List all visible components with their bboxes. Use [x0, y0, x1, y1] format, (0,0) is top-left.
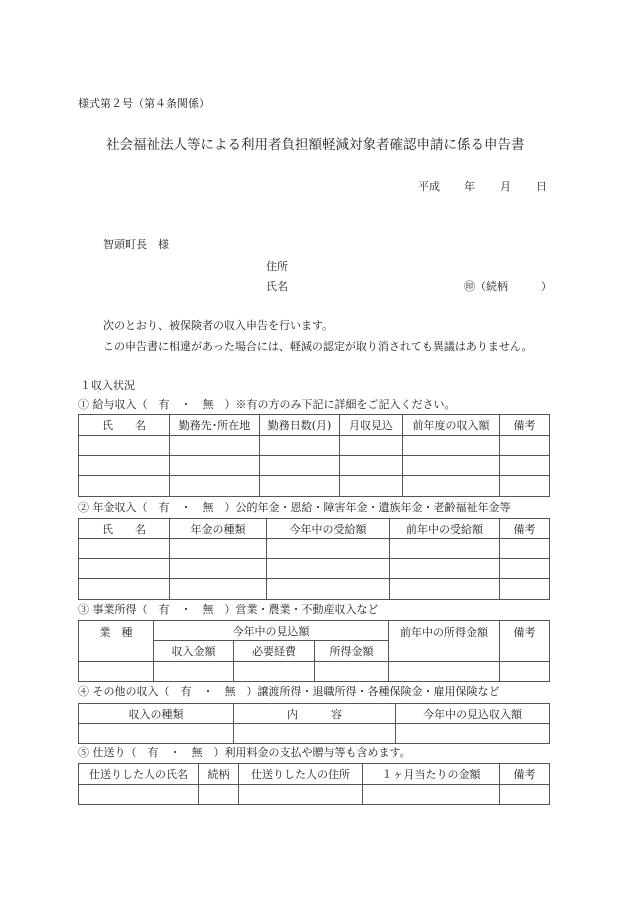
- header-estimated-income: 今年中の見込収入額: [396, 704, 550, 724]
- other-income-table: 収入の種類 内 容 今年中の見込収入額: [78, 703, 550, 744]
- cell[interactable]: [390, 539, 500, 559]
- remittance-table: 仕送りした人の氏名 続柄 仕送りした人の住所 １ヶ月当たりの金額 備考: [78, 763, 550, 805]
- table-row: [79, 579, 550, 600]
- table-row: [79, 476, 550, 497]
- name-label: 氏名: [266, 280, 288, 294]
- cell[interactable]: [267, 559, 390, 579]
- table-header-row: 氏 名 勤務先･所在地 勤務日数(月) 月収見込 前年度の収入額 備考: [79, 415, 550, 436]
- header-details: 内 容: [234, 704, 396, 724]
- other-income-heading: ④ その他の収入（ 有 ・ 無 ）譲渡所得・退職所得・各種保険金・雇用保険など: [78, 685, 500, 699]
- cell[interactable]: [267, 539, 390, 559]
- header-sender-name: 仕送りした人の氏名: [79, 764, 199, 785]
- header-monthly-income: 月収見込: [340, 415, 403, 436]
- date-month: 月: [500, 180, 511, 194]
- cell[interactable]: [170, 559, 267, 579]
- cell[interactable]: [363, 785, 500, 805]
- cell[interactable]: [170, 579, 267, 600]
- salary-income-table: 氏 名 勤務先･所在地 勤務日数(月) 月収見込 前年度の収入額 備考: [78, 414, 550, 497]
- table-header-row: 仕送りした人の氏名 続柄 仕送りした人の住所 １ヶ月当たりの金額 備考: [79, 764, 550, 785]
- header-prev-income: 前年度の収入額: [403, 415, 500, 436]
- cell[interactable]: [79, 724, 234, 744]
- table-header-row: 収入の種類 内 容 今年中の見込収入額: [79, 704, 550, 724]
- cell[interactable]: [79, 539, 170, 559]
- cell[interactable]: [396, 724, 550, 744]
- form-number: 様式第２号（第４条関係）: [78, 97, 210, 111]
- cell[interactable]: [403, 456, 500, 476]
- table-row: [79, 456, 550, 476]
- business-income-table: 業 種 今年中の見込額 前年中の所得金額 備考 収入金額 必要経費 所得金額: [78, 620, 550, 682]
- cell[interactable]: [500, 662, 550, 682]
- table-row: [79, 662, 550, 682]
- cell[interactable]: [403, 436, 500, 456]
- header-work-days: 勤務日数(月): [260, 415, 340, 436]
- section-title: １収入状況: [80, 379, 135, 393]
- address-label: 住所: [266, 260, 288, 274]
- addressee: 智頭町長 様: [103, 238, 169, 252]
- cell[interactable]: [500, 436, 550, 456]
- cell[interactable]: [500, 785, 550, 805]
- cell[interactable]: [500, 539, 550, 559]
- table-row: [79, 785, 550, 805]
- header-revenue: 収入金額: [154, 641, 234, 662]
- cell[interactable]: [260, 476, 340, 497]
- cell[interactable]: [340, 436, 403, 456]
- header-remarks: 備考: [500, 764, 550, 785]
- cell[interactable]: [79, 662, 154, 682]
- cell[interactable]: [403, 476, 500, 497]
- header-name: 氏 名: [79, 415, 170, 436]
- cell[interactable]: [79, 436, 170, 456]
- cell[interactable]: [154, 662, 234, 682]
- cell[interactable]: [79, 456, 170, 476]
- header-prev-income: 前年中の所得金額: [389, 621, 500, 662]
- header-remarks: 備考: [500, 415, 550, 436]
- business-income-heading: ③ 事業所得（ 有 ・ 無 ）営業・農業・不動産収入など: [78, 603, 379, 617]
- cell[interactable]: [315, 662, 389, 682]
- cell[interactable]: [390, 579, 500, 600]
- cell[interactable]: [267, 579, 390, 600]
- date-era: 平成: [418, 180, 440, 194]
- cell[interactable]: [234, 724, 396, 744]
- date-year: 年: [464, 180, 475, 194]
- table-header-row: 業 種 今年中の見込額 前年中の所得金額 備考: [79, 621, 550, 641]
- cell[interactable]: [389, 662, 500, 682]
- header-last-year-amount: 前年中の受給額: [390, 519, 500, 539]
- header-expenses: 必要経費: [234, 641, 315, 662]
- cell[interactable]: [234, 662, 315, 682]
- cell[interactable]: [199, 785, 239, 805]
- document-title: 社会福祉法人等による利用者負担額軽減対象者確認申請に係る申告書: [106, 136, 525, 154]
- cell[interactable]: [239, 785, 363, 805]
- seal-relationship: ㊞（続柄 ）: [464, 280, 552, 294]
- cell[interactable]: [170, 456, 260, 476]
- header-remarks: 備考: [500, 519, 550, 539]
- header-sender-address: 仕送りした人の住所: [239, 764, 363, 785]
- table-row: [79, 436, 550, 456]
- header-monthly-amount: １ヶ月当たりの金額: [363, 764, 500, 785]
- header-estimated-amount: 今年中の見込額: [154, 621, 389, 641]
- header-income-type: 収入の種類: [79, 704, 234, 724]
- table-header-row: 氏 名 年金の種類 今年中の受給額 前年中の受給額 備考: [79, 519, 550, 539]
- header-relationship: 続柄: [199, 764, 239, 785]
- cell[interactable]: [500, 579, 550, 600]
- cell[interactable]: [79, 476, 170, 497]
- date-day: 日: [536, 180, 547, 194]
- statement-2: この申告書に相違があった場合には、軽減の認定が取り消されても異議はありません。: [103, 340, 533, 354]
- cell[interactable]: [79, 559, 170, 579]
- cell[interactable]: [500, 559, 550, 579]
- header-business-type: 業 種: [79, 621, 154, 662]
- table-row: [79, 539, 550, 559]
- table-row: [79, 724, 550, 744]
- cell[interactable]: [500, 456, 550, 476]
- cell[interactable]: [170, 476, 260, 497]
- remittance-heading: ⑤ 仕送り（ 有 ・ 無 ）利用料金の支払や贈与等も含めます。: [78, 746, 411, 760]
- header-remarks: 備考: [500, 621, 550, 662]
- statement-1: 次のとおり、被保険者の収入申告を行います。: [103, 319, 333, 333]
- pension-income-table: 氏 名 年金の種類 今年中の受給額 前年中の受給額 備考: [78, 518, 550, 600]
- pension-income-heading: ② 年金収入（ 有 ・ 無 ）公的年金・恩給・障害年金・遺族年金・老齢福祉年金等: [78, 501, 511, 515]
- header-income: 所得金額: [315, 641, 389, 662]
- cell[interactable]: [500, 476, 550, 497]
- cell[interactable]: [170, 436, 260, 456]
- header-name: 氏 名: [79, 519, 170, 539]
- cell[interactable]: [340, 456, 403, 476]
- table-row: [79, 559, 550, 579]
- cell[interactable]: [260, 456, 340, 476]
- cell[interactable]: [79, 785, 199, 805]
- cell[interactable]: [340, 476, 403, 497]
- cell[interactable]: [170, 539, 267, 559]
- header-this-year-amount: 今年中の受給額: [267, 519, 390, 539]
- header-pension-type: 年金の種類: [170, 519, 267, 539]
- header-employer: 勤務先･所在地: [170, 415, 260, 436]
- salary-income-heading: ① 給与収入（ 有 ・ 無 ）※有の方のみ下記に詳細をご記入ください。: [78, 398, 456, 412]
- cell[interactable]: [79, 579, 170, 600]
- cell[interactable]: [260, 436, 340, 456]
- cell[interactable]: [390, 559, 500, 579]
